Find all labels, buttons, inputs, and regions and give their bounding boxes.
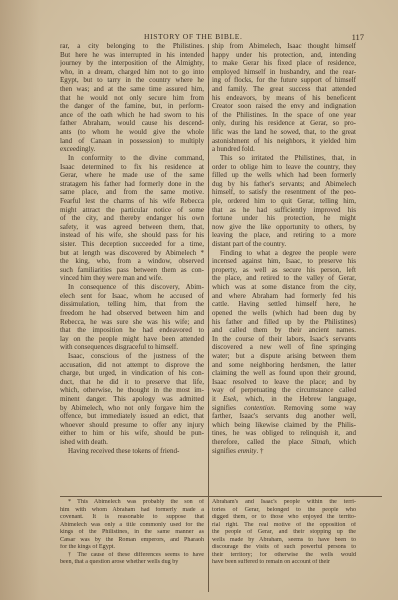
- text-line: to make Gerar his fixed place of residen…: [212, 59, 356, 68]
- text-line: that as he had sufficiently improved his: [212, 206, 356, 215]
- text-line: it Esek, which, in the Hebrew language,: [212, 395, 356, 404]
- text-line: claiming the well as found upon their gr…: [212, 369, 356, 378]
- text-line: freedom he had observed between him and: [60, 309, 204, 318]
- text-line: lific was the land he sowed, that, to th…: [212, 128, 356, 137]
- text-line: Isaac resolved to leave the place; and b…: [212, 378, 356, 387]
- text-line: Isaac, conscious of the justness of the: [60, 352, 204, 361]
- running-title: HISTORY OF THE BIBLE.: [144, 32, 243, 41]
- text-line: happy under his protection, and, intendi…: [212, 51, 356, 60]
- text-line: elech sent for Isaac, whom he accused of: [60, 292, 204, 301]
- text-line: Egypt, but to tarry in the country where…: [60, 76, 204, 85]
- text-line: minent danger. This apology was admitted: [60, 395, 204, 404]
- text-line: only, during his residence at Gerar, so …: [212, 119, 356, 128]
- text-line: property, as well as secure his person, …: [212, 266, 356, 275]
- text-line: safety, it was agreed between them, that…: [60, 223, 204, 232]
- text-line: order to oblige him to leave the country…: [212, 163, 356, 172]
- text-line: offence, but immediately issued an edict…: [60, 412, 204, 421]
- text-line: Creator soon raised the envy and indigna…: [212, 102, 356, 111]
- right-column: ship from Abimelech, Isaac thought himse…: [212, 42, 356, 455]
- text-line: instead of his wife, she should pass for…: [60, 231, 204, 240]
- text-line: dug by his father's servants; and Abimel…: [212, 180, 356, 189]
- text-line: fortune under his protection, he might: [212, 214, 356, 223]
- text-line: kings of the Philistines, in the same ma…: [60, 529, 204, 537]
- text-line: by Abimelech, who not only forgave him t…: [60, 404, 204, 413]
- footnotes-right: Abraham's and Isaac's people within the …: [212, 499, 356, 567]
- text-line: ished with death.: [60, 438, 204, 447]
- text-line: and where Abraham had formerly fed his: [212, 292, 356, 301]
- text-line: for the kings of Egypt.: [60, 544, 204, 552]
- text-line: rial right. The real motive of the oppos…: [212, 522, 356, 530]
- page-shadow: [0, 0, 40, 600]
- text-line: and some neighboring herdsmen, the latte…: [212, 361, 356, 370]
- text-line: water; but a dispute arising between the…: [212, 352, 356, 361]
- text-line: therefore, called the place Sitnah, whic…: [212, 438, 356, 447]
- left-column: rar, a city belonging to the Philistines…: [60, 42, 204, 455]
- text-line: either to him or his wife, should be pun…: [60, 429, 204, 438]
- text-line: signifies enmity. †: [212, 447, 356, 456]
- text-line: discovered a new well of fine springing: [212, 343, 356, 352]
- text-line: that the imposition he had endeavored to: [60, 326, 204, 335]
- text-line: ance of the oath which he had sworn to h…: [60, 111, 204, 120]
- text-line: tories of Gerar, belonged to the people …: [212, 507, 356, 515]
- text-line: sister. This deception succeeded for a t…: [60, 240, 204, 249]
- text-line: vinced him they were man and wife.: [60, 274, 204, 283]
- text-line: the king, who, from a window, observed: [60, 257, 204, 266]
- body-columns: rar, a city belonging to the Philistines…: [60, 42, 382, 492]
- text-line: discourage the visits of such powerful p…: [212, 544, 356, 552]
- text-line: ship from Abimelech, Isaac thought himse…: [212, 42, 356, 51]
- text-line: journey by the interposition of the Almi…: [60, 59, 204, 68]
- text-line: their territory; for otherwise the wells…: [212, 552, 356, 560]
- text-line: which being likewise claimed by the Phil…: [212, 421, 356, 430]
- text-line: Fearful lest the charms of his wife Rebe…: [60, 197, 204, 206]
- text-line: Isaac determined to fix his residence at: [60, 163, 204, 172]
- text-line: and called them by their ancient names.: [212, 326, 356, 335]
- footnotes-left: * This Abimelech was probably the son of…: [60, 499, 204, 567]
- text-line: Abraham's and Isaac's people within the …: [212, 499, 356, 507]
- text-line: which, otherwise, he thought in the most…: [60, 386, 204, 395]
- text-line: with consequences disgraceful to himself…: [60, 343, 204, 352]
- text-line: exceedingly.: [60, 145, 204, 154]
- text-line: land of Canaan in possession) to multipl…: [60, 137, 204, 146]
- text-line: whoever should presume to offer any inju…: [60, 421, 204, 430]
- text-line: filled up the wells which had been forme…: [212, 171, 356, 180]
- text-line: employed himself in husbandry, and the r…: [212, 68, 356, 77]
- text-line: then was; and at the same time assured h…: [60, 85, 204, 94]
- text-line: signifies contention. Removing some way: [212, 404, 356, 413]
- page-number: 117: [352, 32, 364, 42]
- text-line: dissimulation, telling him, that from th…: [60, 300, 204, 309]
- text-line: which was at some distance from the city…: [212, 283, 356, 292]
- text-line: Cæsar was by the Roman emperors, and Pha…: [60, 537, 204, 545]
- text-line: his father and filled up by the Philisti…: [212, 318, 356, 327]
- text-line: father Abraham, would cause his descend-: [60, 119, 204, 128]
- text-line: himself, to satisfy the resentment of th…: [212, 188, 356, 197]
- text-line: accusation, did not attempt to disprove …: [60, 361, 204, 370]
- text-line: distant part of the country.: [212, 240, 356, 249]
- text-line: † The cause of these differences seems t…: [60, 552, 204, 560]
- text-line: Rebecca, he was sure she was his wife; a…: [60, 318, 204, 327]
- text-line: astonishment of his neighbors, it yielde…: [212, 137, 356, 146]
- text-line: the danger of the famine, but, in perfor…: [60, 102, 204, 111]
- text-line: incensed against him, Isaac, to preserve…: [212, 257, 356, 266]
- text-line: such familiarities pass between them as …: [60, 266, 204, 275]
- text-line: Having received these tokens of friend-: [60, 447, 204, 456]
- text-line: of the city, and thereby endanger his ow…: [60, 214, 204, 223]
- text-line: opened the wells (which had been dug by: [212, 309, 356, 318]
- text-line: covenant. It is reasonable to suppose th…: [60, 514, 204, 522]
- text-line: leaving the place, and retiring to a mor…: [212, 231, 356, 240]
- text-line: charge, but urged, in vindication of his…: [60, 369, 204, 378]
- text-line: might attract the particular notice of s…: [60, 206, 204, 215]
- text-line: his endeavors, by means of his beneficen…: [212, 94, 356, 103]
- text-line: Gerar, where he made use of the same: [60, 171, 204, 180]
- text-line: duct, that he did it to preserve that li…: [60, 378, 204, 387]
- text-line: In conformity to the divine command,: [60, 154, 204, 163]
- text-line: him with whom Abraham had formerly made …: [60, 507, 204, 515]
- text-line: Finding to what a degree the people were: [212, 249, 356, 258]
- text-line: In consequence of this discovery, Abim-: [60, 283, 204, 292]
- text-line: wells made by Abraham, seems to have bee…: [212, 537, 356, 545]
- text-line: same place, and from the same motive.: [60, 188, 204, 197]
- text-line: a hundred fold.: [212, 145, 356, 154]
- text-line: lay on the people might have been attend…: [60, 335, 204, 344]
- text-line: farther, Isaac's servants dug another we…: [212, 412, 356, 421]
- text-line: Abimelech was only a title commonly used…: [60, 522, 204, 530]
- text-line: of the Philistines. In the space of one …: [212, 111, 356, 120]
- text-line: the place, and retired to the valley of …: [212, 274, 356, 283]
- text-line: the people of Gerar, and their stopping …: [212, 529, 356, 537]
- footnote-rule: [60, 496, 382, 497]
- text-line: tines, he was obliged to relinquish it, …: [212, 429, 356, 438]
- text-line: who, in a dream, charged him not to go i…: [60, 68, 204, 77]
- text-line: ants (to whom he would give the whole: [60, 128, 204, 137]
- text-line: digged them, or to those who enjoyed the…: [212, 514, 356, 522]
- text-line: now give the like opportunity to others,…: [212, 223, 356, 232]
- text-line: but at length was discovered by Abimelec…: [60, 249, 204, 258]
- text-line: But here he was interrupted in his inten…: [60, 51, 204, 60]
- text-line: way of perpetuating the circumstance cal…: [212, 386, 356, 395]
- text-line: ing of flocks, for the future support of…: [212, 76, 356, 85]
- text-line: that he would not only secure him from: [60, 94, 204, 103]
- text-line: ple, ordered him to quit Gerar, telling …: [212, 197, 356, 206]
- text-line: have been suffered to remain on account …: [212, 559, 356, 567]
- text-line: been, that a question arose whether well…: [60, 559, 204, 567]
- text-line: and family. The great success that atten…: [212, 85, 356, 94]
- text-line: This so irritated the Philistines, that,…: [212, 154, 356, 163]
- text-line: * This Abimelech was probably the son of: [60, 499, 204, 507]
- text-line: In the course of their labors, Isaac's s…: [212, 335, 356, 344]
- text-line: rar, a city belonging to the Philistines…: [60, 42, 204, 51]
- footnotes: * This Abimelech was probably the son of…: [60, 499, 382, 579]
- text-line: stratagem his father had formerly done i…: [60, 180, 204, 189]
- text-line: cattle. Having settled himself here, he: [212, 300, 356, 309]
